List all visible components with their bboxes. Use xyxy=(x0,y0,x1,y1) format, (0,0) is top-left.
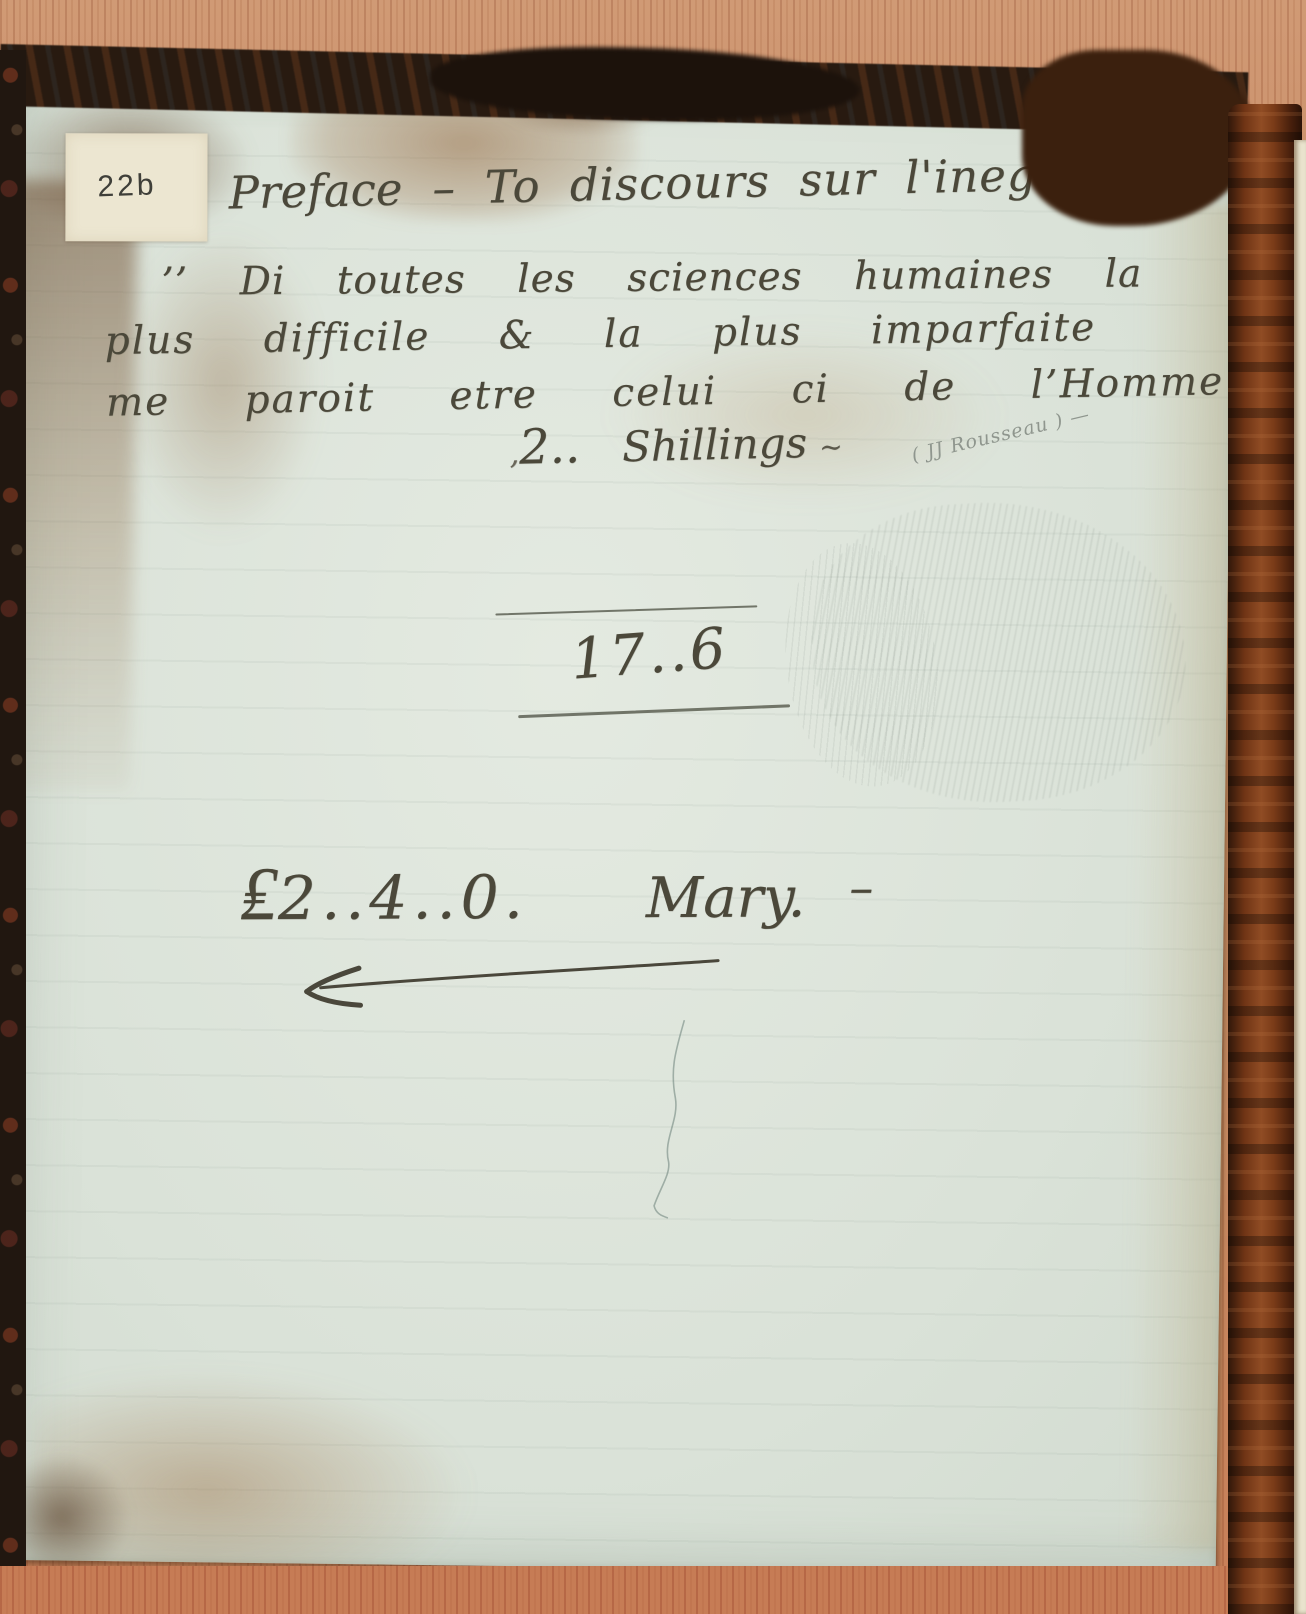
shilling-unit: Shillings xyxy=(621,418,807,471)
preface-separator: – xyxy=(432,161,456,214)
catalog-label-text: 22b xyxy=(97,168,157,204)
shilling-flourish: ~ xyxy=(819,430,843,464)
adjacent-page-sliver xyxy=(1294,140,1306,1614)
manuscript-page: 22b Preface–To discours sur l'inegalité … xyxy=(4,62,1234,1575)
left-arrow-stroke xyxy=(262,941,733,1027)
wood-table-bottom xyxy=(0,1566,1242,1614)
pound-price-line: ₤2..4..0.Mary.– xyxy=(240,845,874,938)
middle-amount: 17..6 xyxy=(569,616,731,693)
quote-line-1: ’’ Di toutes les sciences humaines la xyxy=(161,251,1142,305)
shilling-value: 2.. xyxy=(518,418,580,475)
pound-symbol: ₤ xyxy=(240,848,278,937)
pound-trailing-dash: – xyxy=(849,860,873,916)
shillings-price-line: ,2..Shillings~ xyxy=(509,412,843,476)
crease-squiggle xyxy=(642,1016,715,1227)
manuscript-photo: 22b Preface–To discours sur l'inegalité … xyxy=(0,0,1306,1614)
leather-texture xyxy=(1228,104,1302,1614)
catalog-label: 22b xyxy=(65,133,207,241)
preface-title: Preface xyxy=(228,163,403,220)
marbled-cover-left-edge xyxy=(0,50,26,1574)
leather-spine xyxy=(1228,104,1302,1614)
pound-value: 2..4..0. xyxy=(278,863,528,934)
pound-name: Mary. xyxy=(646,865,806,931)
